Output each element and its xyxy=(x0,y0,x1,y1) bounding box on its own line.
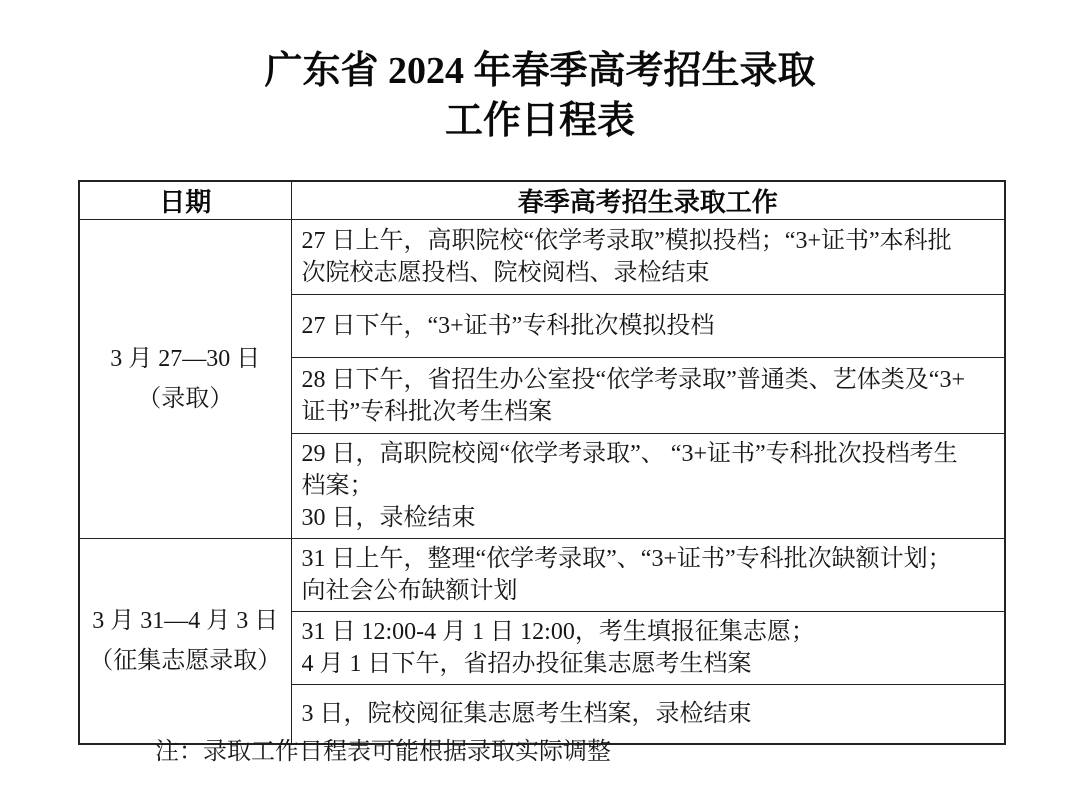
schedule-cell-text: 31 日上午，整理“依学考录取”、“3+证书”专科批次缺额计划； 向社会公布缺额… xyxy=(292,539,1005,611)
page-title-line2: 工作日程表 xyxy=(0,96,1080,146)
schedule-cell-text: 29 日，高职院校阅“依学考录取”、 “3+证书”专科批次投档考生 档案； 30… xyxy=(292,434,1005,538)
date-cell-supplementary: 3 月 31—4 月 3 日 （征集志愿录取） xyxy=(79,539,291,744)
schedule-cell-mar27-am: 27 日上午，高职院校“依学考录取”模拟投档；“3+证书”本科批 次院校志愿投档… xyxy=(291,220,1005,295)
schedule-cell-mar28-pm: 28 日下午，省招生办公室投“依学考录取”普通类、艺体类及“3+ 证书”专科批次… xyxy=(291,358,1005,434)
table-header-row: 日期 春季高考招生录取工作 xyxy=(79,181,1005,220)
page-title-line1: 广东省 2024 年春季高考招生录取 xyxy=(0,46,1080,96)
schedule-note: 注：录取工作日程表可能根据录取实际调整 xyxy=(155,731,611,766)
schedule-table-wrap: 日期 春季高考招生录取工作 3 月 27—30 日 （录取） 27 日上午，高职… xyxy=(78,180,1006,745)
schedule-table: 日期 春季高考招生录取工作 3 月 27—30 日 （录取） 27 日上午，高职… xyxy=(78,180,1006,745)
table-row: 3 月 27—30 日 （录取） 27 日上午，高职院校“依学考录取”模拟投档；… xyxy=(79,220,1005,295)
table-header-date: 日期 xyxy=(79,181,291,220)
schedule-cell-mar27-pm: 27 日下午，“3+证书”专科批次模拟投档 xyxy=(291,295,1005,358)
schedule-cell-mar29-30: 29 日，高职院校阅“依学考录取”、 “3+证书”专科批次投档考生 档案； 30… xyxy=(291,434,1005,539)
date-cell-admission: 3 月 27—30 日 （录取） xyxy=(79,220,291,539)
schedule-cell-text: 27 日上午，高职院校“依学考录取”模拟投档；“3+证书”本科批 次院校志愿投档… xyxy=(292,221,1005,293)
page-title: 广东省 2024 年春季高考招生录取 工作日程表 xyxy=(0,46,1080,146)
schedule-cell-text: 27 日下午，“3+证书”专科批次模拟投档 xyxy=(292,306,1005,346)
schedule-cell-text: 3 日，院校阅征集志愿考生档案，录检结束 xyxy=(292,694,1005,734)
document-page: 广东省 2024 年春季高考招生录取 工作日程表 日期 春季高考招生录取工作 3… xyxy=(0,0,1080,809)
table-row: 3 月 31—4 月 3 日 （征集志愿录取） 31 日上午，整理“依学考录取”… xyxy=(79,539,1005,612)
table-header-work: 春季高考招生录取工作 xyxy=(291,181,1005,220)
schedule-cell-text: 31 日 12:00-4 月 1 日 12:00，考生填报征集志愿； 4 月 1… xyxy=(292,612,1005,684)
schedule-cell-mar31-apr1: 31 日 12:00-4 月 1 日 12:00，考生填报征集志愿； 4 月 1… xyxy=(291,612,1005,685)
schedule-cell-mar31-am: 31 日上午，整理“依学考录取”、“3+证书”专科批次缺额计划； 向社会公布缺额… xyxy=(291,539,1005,612)
schedule-cell-text: 28 日下午，省招生办公室投“依学考录取”普通类、艺体类及“3+ 证书”专科批次… xyxy=(292,360,1005,432)
